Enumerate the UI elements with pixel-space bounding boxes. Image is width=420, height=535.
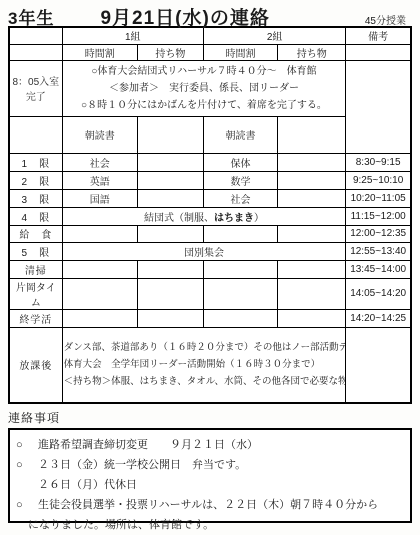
cleaning-class1-belongings: [137, 260, 203, 278]
end-class1-belongings: [137, 309, 203, 327]
cleaning-time: 13:45~14:00: [346, 260, 411, 278]
notice-bullet: ○: [14, 435, 38, 455]
end-homeroom-row: 終学活 14:20~14:25: [9, 309, 411, 327]
notice-bullet: ○: [14, 455, 38, 475]
period1-class2-subject: 保体: [203, 153, 277, 171]
kataoka-class2-belongings: [278, 278, 346, 309]
class2-reading-cell: 朝読書: [203, 116, 277, 153]
period2-row: 2 限 英語 数学 9:25~10:10: [9, 171, 411, 189]
morning-notice-line2: ＜参加者＞ 実行委員、係長、団リーダー: [64, 80, 345, 97]
after-school-line1: ダンス部、茶道部あり（１６時２０分まで）その他はノー部活動デー: [64, 339, 345, 356]
remarks-merged-empty-cell: [346, 60, 411, 153]
class2-reading-belongings-cell: [278, 116, 346, 153]
notices-section-title: 連絡事項: [8, 409, 412, 426]
lunch-row: 給 食 12:00~12:35: [9, 225, 411, 242]
period3-label: 3 限: [9, 189, 62, 207]
kataoka-class1-belongings: [137, 278, 203, 309]
period3-class1-belongings: [137, 189, 203, 207]
class1-reading-belongings-cell: [137, 116, 203, 153]
period2-class2-subject: 数学: [203, 171, 277, 189]
kataoka-time: 14:05~14:20: [346, 278, 411, 309]
corner-cell: [9, 27, 62, 44]
morning-notice-row: 8：05入室完了 ○体育大会結団式リハーサル７時４０分～ 体育館 ＜参加者＞ 実…: [9, 60, 411, 116]
grade-label: 3年生: [8, 4, 54, 29]
entry-deadline-note: 8：05入室完了: [9, 60, 62, 116]
period1-class1-subject: 社会: [62, 153, 137, 171]
period2-label: 2 限: [9, 171, 62, 189]
notice-text: ２３日（金）統一学校公開日 弁当です。: [38, 455, 246, 475]
notice-item-continuation: ２６日（月）代休日: [14, 475, 404, 495]
period1-time: 8:30~9:15: [346, 153, 411, 171]
after-school-row: 放課後 ダンス部、茶道部あり（１６時２０分まで）その他はノー部活動デー 体育大会…: [9, 327, 411, 403]
morning-notice-cell: ○体育大会結団式リハーサル７時４０分～ 体育館 ＜参加者＞ 実行委員、係長、団リ…: [62, 60, 346, 116]
notice-text: ２６日（月）代休日: [38, 475, 137, 495]
period3-row: 3 限 国語 社会 10:20~11:05: [9, 189, 411, 207]
after-school-detail-cell: ダンス部、茶道部あり（１６時２０分まで）その他はノー部活動デー 体育大会 全学年…: [62, 327, 346, 403]
notice-item: ○ 生徒会役員選挙・投票リハーサルは、２２日（木）朝７時４０分から: [14, 495, 404, 515]
notice-bullet: ○: [14, 495, 38, 515]
lunch-class1-belongings: [137, 225, 203, 242]
after-school-remarks-cell: [346, 327, 411, 403]
timetable: 1組 2組 備考 時間割 持ち物 時間割 持ち物 8：05入室完了 ○体育大会結…: [8, 26, 412, 404]
class1-timetable-header: 時間割: [62, 44, 137, 60]
class1-reading-cell: 朝読書: [62, 116, 137, 153]
lunch-label: 給 食: [9, 225, 62, 242]
remarks-header: 備考: [346, 27, 411, 44]
period5-row: 5 限 団別集会 12:55~13:40: [9, 242, 411, 260]
morning-notice-line1: ○体育大会結団式リハーサル７時４０分～ 体育館: [64, 63, 345, 80]
period4-row: 4 限 結団式（制服、はちまき） 11:15~12:00: [9, 207, 411, 225]
notices-box: ○ 進路希望調査締切変更 ９月２１日（水） ○ ２３日（金）統一学校公開日 弁当…: [8, 428, 412, 523]
period4-time: 11:15~12:00: [346, 207, 411, 225]
period4-event-bold-text: はちまき: [214, 213, 254, 224]
lunch-class1-cell: [62, 225, 137, 242]
period1-class1-belongings: [137, 153, 203, 171]
class2-belongings-header: 持ち物: [278, 44, 346, 60]
end-class2-cell: [203, 309, 277, 327]
notice-text: になりました。場所は、体育館です。: [28, 515, 214, 535]
lunch-class2-cell: [203, 225, 277, 242]
period5-time: 12:55~13:40: [346, 242, 411, 260]
period1-class2-belongings: [278, 153, 346, 171]
class-duration-note: 45分授業: [365, 12, 406, 27]
remarks-empty-cell: [346, 44, 411, 60]
class2-timetable-header: 時間割: [203, 44, 277, 60]
notice-item-continuation: になりました。場所は、体育館です。: [14, 515, 404, 535]
period2-time: 9:25~10:10: [346, 171, 411, 189]
period4-merged-event-cell: 結団式（制服、はちまき）: [62, 207, 346, 225]
kataoka-class1-cell: [62, 278, 137, 309]
after-school-line2: 体育大会 全学年団リーダー活動開始（１６時３０分まで）: [64, 356, 345, 373]
end-class2-belongings: [278, 309, 346, 327]
notice-text: 進路希望調査締切変更 ９月２１日（水）: [38, 435, 258, 455]
lunch-class2-belongings: [278, 225, 346, 242]
notice-text: 生徒会役員選挙・投票リハーサルは、２２日（木）朝７時４０分から: [38, 495, 378, 515]
period4-event-text-end: ）: [254, 213, 264, 224]
cleaning-row: 清掃 13:45~14:00: [9, 260, 411, 278]
kataoka-time-label: 片岡タイム: [9, 278, 62, 309]
lunch-time: 12:00~12:35: [346, 225, 411, 242]
title-bar: 3年生 9月21日(水)の連絡 45分授業: [8, 3, 412, 26]
period3-class1-subject: 国語: [62, 189, 137, 207]
kataoka-time-row: 片岡タイム 14:05~14:20: [9, 278, 411, 309]
period4-event-text: 結団式（制服、: [144, 213, 214, 224]
period4-label: 4 限: [9, 207, 62, 225]
end-class1-cell: [62, 309, 137, 327]
cleaning-class2-belongings: [278, 260, 346, 278]
class1-belongings-header: 持ち物: [137, 44, 203, 60]
page-title: 9月21日(水)の連絡: [100, 3, 269, 30]
cleaning-class1-cell: [62, 260, 137, 278]
header-row-subcolumns: 時間割 持ち物 時間割 持ち物: [9, 44, 411, 60]
period5-label: 5 限: [9, 242, 62, 260]
cleaning-class2-cell: [203, 260, 277, 278]
notice-sheet: 3年生 9月21日(水)の連絡 45分授業 1組 2組 備考 時間割 持ち物 時…: [0, 0, 420, 523]
period3-time: 10:20~11:05: [346, 189, 411, 207]
end-homeroom-time: 14:20~14:25: [346, 309, 411, 327]
after-school-line3: ＜持ち物＞体服、はちまき、タオル、水筒、その他各団で必要な物: [64, 373, 345, 390]
cleaning-label: 清掃: [9, 260, 62, 278]
empty-cell: [9, 44, 62, 60]
end-homeroom-label: 終学活: [9, 309, 62, 327]
period2-class2-belongings: [278, 171, 346, 189]
period3-class2-belongings: [278, 189, 346, 207]
kataoka-class2-cell: [203, 278, 277, 309]
notice-item: ○ ２３日（金）統一学校公開日 弁当です。: [14, 455, 404, 475]
after-school-label: 放課後: [9, 327, 62, 403]
period1-row: 1 限 社会 保体 8:30~9:15: [9, 153, 411, 171]
period3-class2-subject: 社会: [203, 189, 277, 207]
period5-merged-event-cell: 団別集会: [62, 242, 346, 260]
period2-class1-subject: 英語: [62, 171, 137, 189]
period2-class1-belongings: [137, 171, 203, 189]
empty-cell: [9, 116, 62, 153]
notice-item: ○ 進路希望調査締切変更 ９月２１日（水）: [14, 435, 404, 455]
period1-label: 1 限: [9, 153, 62, 171]
morning-notice-line3: ○８時１０分にはかばんを片付けて、着席を完了する。: [64, 97, 345, 114]
